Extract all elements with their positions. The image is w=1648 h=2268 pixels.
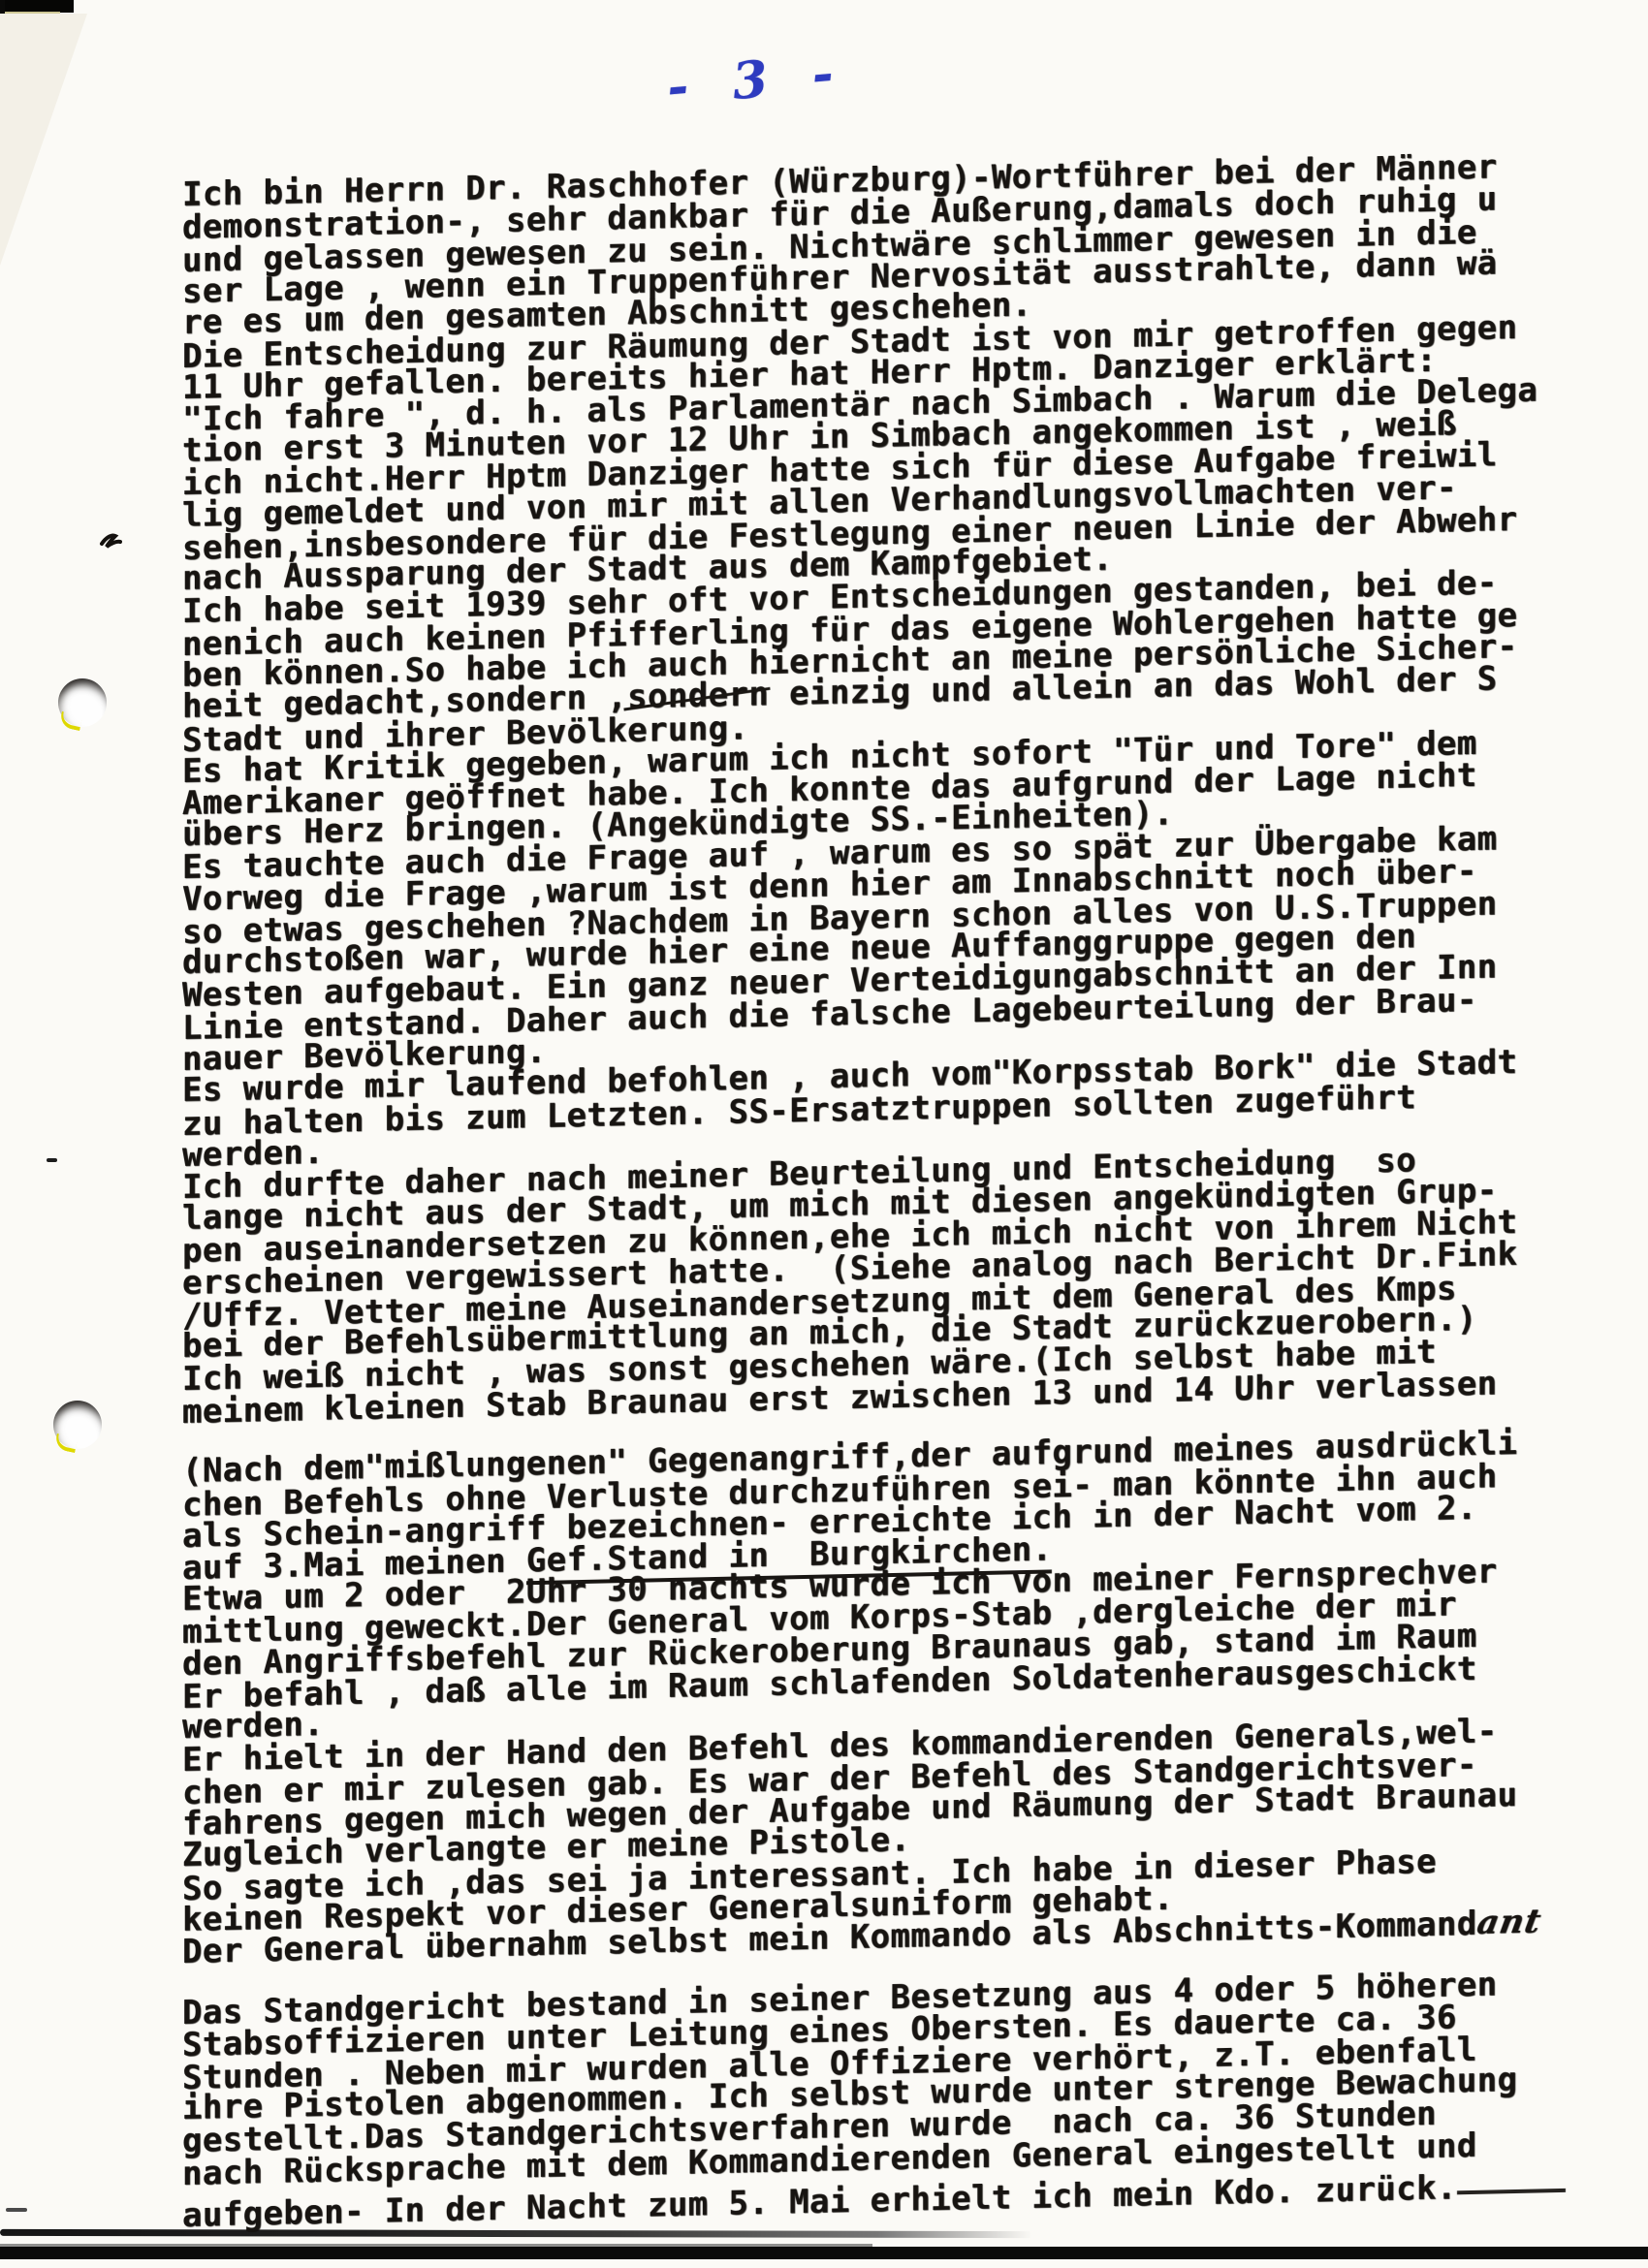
- scanned-document-page: - 3 - Ich bin Herrn Dr. Raschhofer (Würz…: [0, 0, 1648, 2268]
- text-segment: werden.: [182, 1705, 324, 1747]
- stray-dash-mark: [47, 1158, 57, 1162]
- trailing-underline: [1457, 2156, 1566, 2194]
- typewritten-text-block: Ich bin Herrn Dr. Raschhofer (Würzburg)-…: [182, 150, 1578, 2221]
- ink-scribble-mark: [99, 530, 122, 551]
- bottom-smudge-line: [0, 2229, 1032, 2238]
- hole-punch-top: [58, 678, 107, 727]
- hole-punch-bottom: [53, 1401, 102, 1449]
- handwritten-page-number: - 3 -: [665, 43, 849, 117]
- scan-bottom-bar: [0, 2247, 1648, 2259]
- handwritten-suffix: ant: [1474, 1906, 1543, 1939]
- page-corner-fold: [0, 14, 87, 266]
- stray-dash-mark: [6, 2208, 27, 2212]
